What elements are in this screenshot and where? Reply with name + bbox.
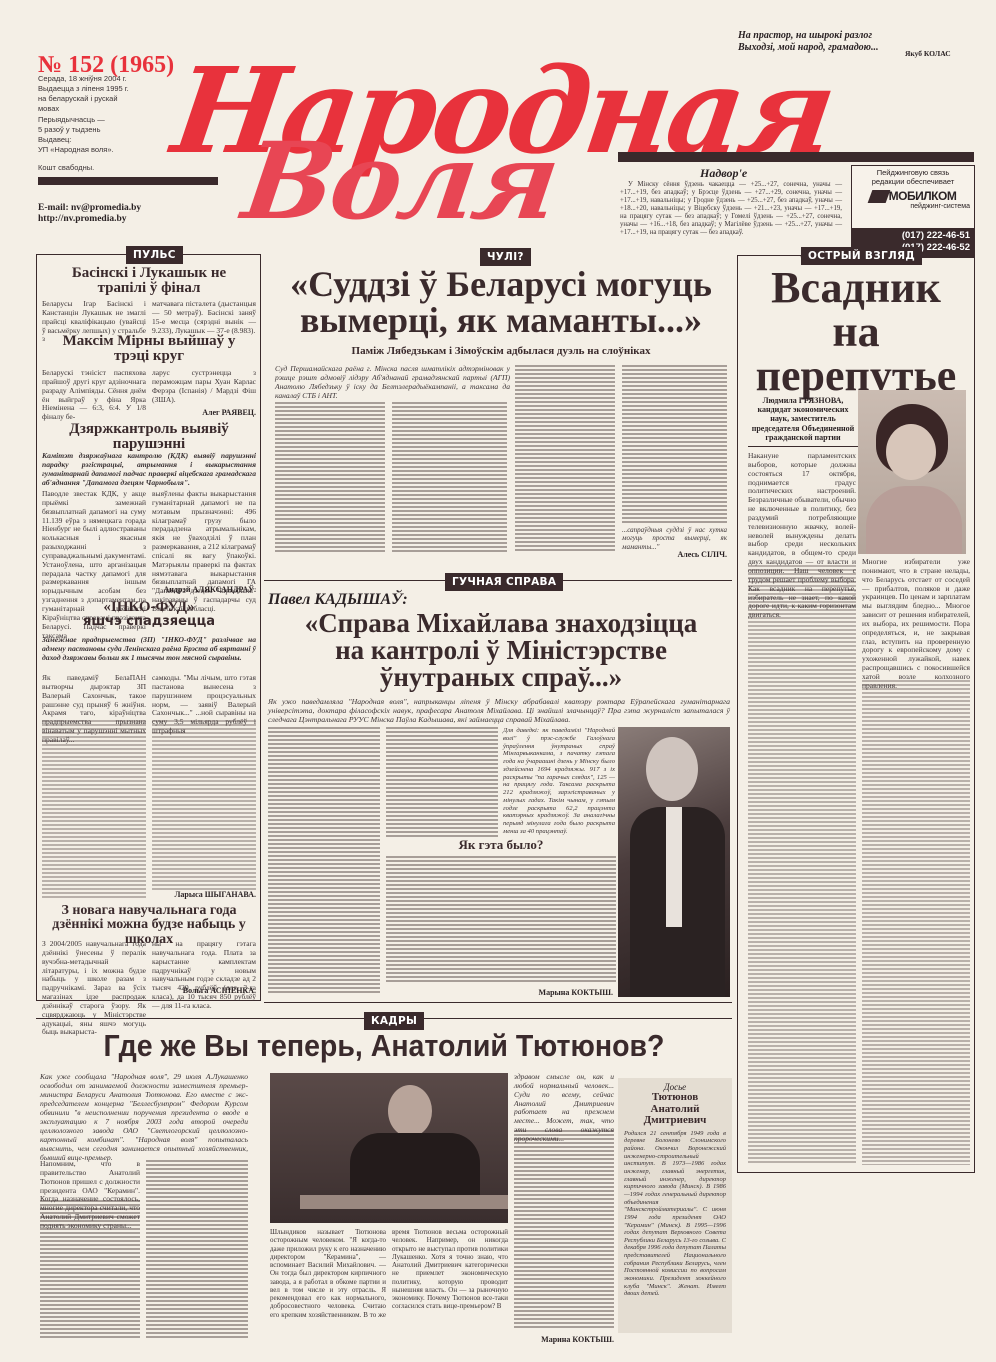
mikhailov-speaker: Павел КАДЫШАЎ: <box>268 591 408 609</box>
inko-text-body <box>42 720 146 898</box>
contacts: E-mail: nv@promedia.by http://nv.promedi… <box>38 203 141 225</box>
author-asipenka: Вольга АСІПЕНКА. <box>152 986 256 995</box>
photo-body <box>866 486 962 554</box>
ad-line2: редакции обеспечивает <box>852 177 974 186</box>
author-rayavets: Алег РАЯВЕЦ. <box>152 408 256 417</box>
mobilcom-logo-icon <box>867 190 890 203</box>
mikhailov-text-col3 <box>386 856 616 984</box>
inko-text-body <box>152 720 256 890</box>
main-headline-line: вымерці, як маманты...» <box>272 302 730 338</box>
since-line: Выдаецца з ліпеня 1995 г. <box>38 84 133 94</box>
ad-line1: Пейджинговую связь <box>852 168 974 177</box>
inko-title: «ІНКО-ФУД» <box>50 600 248 615</box>
masthead-bar-right <box>618 152 974 162</box>
main-closing: ...сапраўдныя суддзі ў нас хутка могуць … <box>622 526 727 551</box>
photo-mikhailov <box>618 727 730 997</box>
rubric-guchnaya-sprava: ГУЧНАЯ СПРАВА <box>445 573 563 591</box>
ad-subtitle: пейджинг-система <box>852 203 974 210</box>
mikhailov-subhead: Як гэта было? <box>386 838 616 851</box>
photo-body <box>350 1133 480 1203</box>
opinion-headline-line: на <box>740 310 972 354</box>
author-koktysh-1: Марына КОКТЫШ. <box>500 988 613 997</box>
kdk-text-right: выяўлены факты выкарыстання гуманітарнай… <box>152 490 256 614</box>
main-subheadline: Паміж Лябедзькам і Зімоўскім адбылася ду… <box>272 346 730 357</box>
diaries-text-right: ны на працягу гэтага навучальнага года. … <box>152 940 256 1011</box>
rubric-puls: ПУЛЬС <box>126 246 183 264</box>
mirny-text-left: Беларускі тэнісіст паспяхова прайшоў дру… <box>42 369 146 422</box>
mikhailov-headline-line: «Справа Міхайлава знаходзіцца <box>272 610 730 637</box>
main-text-col3 <box>515 365 615 553</box>
photo-face <box>646 737 698 801</box>
tyutyunov-lead: Как уже сообщала "Народная воля", 29 июл… <box>40 1073 248 1163</box>
tyutyunov-text-col4-body <box>514 1130 614 1330</box>
publisher-value: УП «Народная воля». <box>38 145 133 155</box>
weather-text: У Мінску сёння ўдзень чакаецца — +25...+… <box>620 181 842 237</box>
languages-line: на беларускай і рускай мовах <box>38 94 133 114</box>
mikhailov-headline: «Справа Міхайлава знаходзіцца на кантрол… <box>272 610 730 691</box>
main-text-col4 <box>622 365 727 525</box>
main-headline-line: «Суддзі ў Беларусі могуць <box>272 266 730 302</box>
headline-inko-food: «ІНКО-ФУД» яшчэ спадзяецца <box>50 600 248 629</box>
dossier-box: Досье Тютюнов Анатолий Дмитриевич Родилс… <box>618 1078 732 1333</box>
dossier-patronymic: Дмитриевич <box>624 1115 726 1127</box>
author-silich: Алесь СІЛІЧ. <box>622 550 727 559</box>
mikhailov-sidebar: Для даведкі: як паведамілі "Народнай вол… <box>503 727 615 836</box>
newspaper-title-line2: Воля <box>238 128 563 234</box>
publisher-label: Выдавец: <box>38 135 133 145</box>
epigraph-line: Выходзі, мой народ, грамадою... <box>738 42 878 54</box>
tyutyunov-text-col1-body <box>40 1200 140 1340</box>
tyutyunov-headline: Где же Вы теперь, Анатолий Тютюнов? <box>64 1030 704 1062</box>
inko-subtitle: яшчэ спадзяецца <box>50 615 248 628</box>
diaries-text-left: З 2004/2005 навучальнага года дзённікі ў… <box>42 940 146 1037</box>
mikhailov-lead: Як ужо паведамляла "Народная воля", напр… <box>268 697 730 725</box>
epigraph-line: На прастор, на шырокі разлог <box>738 30 878 42</box>
photo-tyutyunov <box>270 1073 508 1223</box>
tyutyunov-caption-text: Шлындиков называет Тютюнова осторожным ч… <box>270 1228 508 1319</box>
issue-date: Серада, 18 жніўня 2004 г. <box>38 74 133 84</box>
kdk-lead: Камітэт дзяржаўнага кантролю (КДК) выяві… <box>42 452 256 488</box>
opinion-headline: Всадник на перепутье <box>740 266 972 398</box>
headline-kdk: Дзяржкантроль выявіў парушэнні <box>60 422 238 453</box>
main-headline: «Суддзі ў Беларусі могуць вымерці, як ма… <box>272 266 730 338</box>
author-koktysh-2: Марина КОКТЫШ. <box>514 1335 614 1344</box>
price: Кошт свабодны. <box>38 163 133 173</box>
epigraph: На прастор, на шырокі разлог Выходзі, мо… <box>738 30 878 53</box>
basinski-text-right: матчавага пісталета (дыстанцыя — 50 метр… <box>152 300 256 335</box>
main-text-col1 <box>275 402 385 552</box>
email-link[interactable]: E-mail: nv@promedia.by <box>38 203 141 214</box>
opinion-text-right: Многие избиратели уже понимают, что в ст… <box>862 558 970 691</box>
author-shyganava: Ларыса ШЫГАНАВА. <box>140 890 256 899</box>
headline-mirny: Максім Мірны выйшаў у трэці круг <box>50 334 248 365</box>
mobilcom-ad[interactable]: Пейджинговую связь редакции обеспечивает… <box>851 165 975 258</box>
ad-brand: МОБИЛКОМ <box>889 189 957 203</box>
inko-lead: Замежнае прадпрыемства (ЗП) "ІНКО-ФУД" р… <box>42 636 256 663</box>
opinion-headline-line: Всадник <box>740 266 972 310</box>
dossier-text: Родился 21 сентября 1949 года в деревне … <box>624 1130 726 1298</box>
mikhailov-headline-line: на кантролі ў Міністэрстве <box>272 637 730 664</box>
mikhailov-headline-line: ўнутраных спраў...» <box>272 664 730 691</box>
dossier-name: Тютюнов Анатолий Дмитриевич <box>624 1092 726 1127</box>
dossier-surname: Тютюнов <box>624 1092 726 1104</box>
headline-basinski: Басінскі і Лукашык не трапілі ў фінал <box>50 266 248 297</box>
ad-phone[interactable]: (017) 222-46-51 <box>852 230 970 242</box>
opinion-text-left-body <box>748 565 856 1165</box>
mikhailov-frame-bottom <box>264 1002 732 1003</box>
photo-face <box>886 424 936 480</box>
issue-info: Серада, 18 жніўня 2004 г. Выдаецца з ліп… <box>38 74 133 173</box>
mikhailov-text-col2 <box>386 727 498 837</box>
frequency-label: Перыядычнасць — <box>38 115 133 125</box>
frequency-value: 5 разоў у тыдзень <box>38 125 133 135</box>
main-text-col2 <box>392 402 507 552</box>
tyutyunov-text-col2 <box>146 1160 248 1340</box>
ad-brand-row: МОБИЛКОМ <box>852 189 974 203</box>
main-lead: Суд Першамайскага раёна г. Мінска пасля … <box>275 365 510 401</box>
mikhailov-text-col1 <box>268 727 380 995</box>
website-link[interactable]: http://nv.promedia.by <box>38 214 141 225</box>
weather-title: Надвор'е <box>700 166 747 181</box>
author-alyaksandrau: Андрэй АЛЯКСАНДРАЎ. <box>140 585 256 594</box>
photo-podium <box>300 1195 508 1209</box>
photo-shirt <box>666 807 682 927</box>
opinion-text-right-body <box>862 680 970 1165</box>
epigraph-author: Якуб КОЛАС <box>905 49 951 58</box>
photo-face <box>388 1085 432 1137</box>
mirny-text-right: ларус сустрэнецца з пераможцам пары Хуан… <box>152 369 256 404</box>
photo-gryaznova <box>858 390 966 554</box>
opinion-byline: Людмила ГРЯЗНОВА, кандидат экономических… <box>748 396 858 447</box>
